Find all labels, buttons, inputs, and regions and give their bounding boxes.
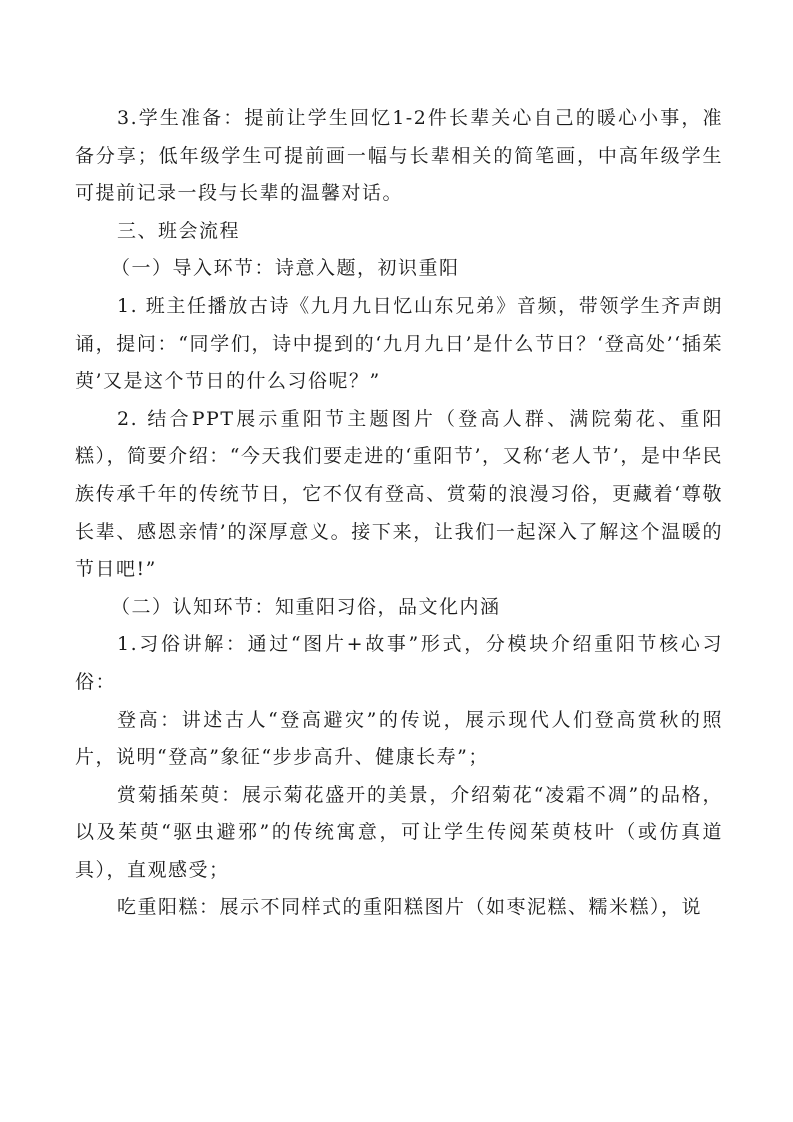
paragraph-intro-step-2: 2. 结合PPT展示重阳节主题图片（登高人群、满院菊花、重阳糕），简要介绍：“今…	[75, 401, 723, 589]
document-page: 3.学生准备：提前让学生回忆1-2件长辈关心自己的暖心小事，准备分享；低年级学生…	[75, 100, 723, 927]
paragraph-student-preparation: 3.学生准备：提前让学生回忆1-2件长辈关心自己的暖心小事，准备分享；低年级学生…	[75, 100, 723, 213]
section-heading-class-meeting-flow: 三、班会流程	[75, 213, 723, 251]
paragraph-custom-chrysanthemum: 赏菊插茱萸：展示菊花盛开的美景，介绍菊花“凌霜不凋”的品格，以及茱萸“驱虫避邪”…	[75, 777, 723, 890]
paragraph-customs-explanation: 1.习俗讲解：通过“图片+故事”形式，分模块介绍重阳节核心习俗：	[75, 626, 723, 701]
paragraph-custom-chongyang-cake: 吃重阳糕：展示不同样式的重阳糕图片（如枣泥糕、糯米糕），说	[75, 889, 723, 927]
paragraph-custom-climbing: 登高：讲述古人“登高避灾”的传说，展示现代人们登高赏秋的照片，说明“登高”象征“…	[75, 702, 723, 777]
paragraph-intro-step-1: 1. 班主任播放古诗《九月九日忆山东兄弟》音频，带领学生齐声朗诵，提问：“同学们…	[75, 288, 723, 401]
subsection-heading-intro: （一）导入环节：诗意入题，初识重阳	[75, 250, 723, 288]
subsection-heading-cognition: （二）认知环节：知重阳习俗，品文化内涵	[75, 589, 723, 627]
